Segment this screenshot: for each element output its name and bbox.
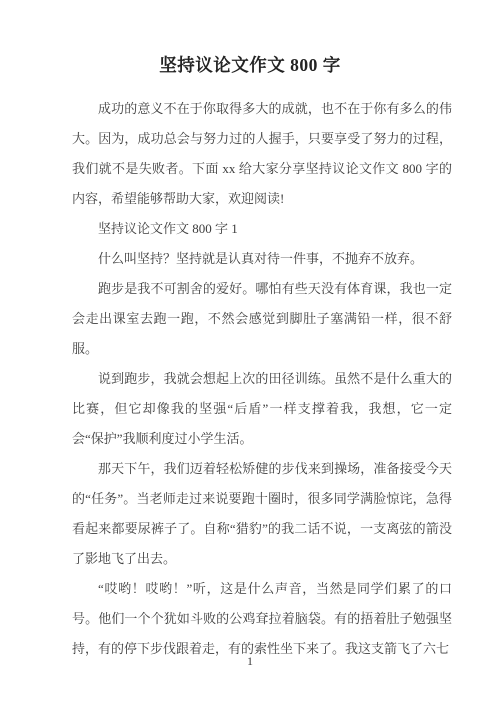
- page-title: 坚持议论文作文 800 字: [0, 0, 500, 78]
- paragraph: 那天下午，我们迈着轻松矫健的步伐来到操场，准备接受今天的“任务”。当老师走过来说…: [72, 454, 452, 574]
- paragraph: 跑步是我不可割舍的爱好。哪怕有些天没有体育课，我也一定会走出课室去跑一跑，不然会…: [72, 274, 452, 364]
- document-page: 坚持议论文作文 800 字 成功的意义不在于你取得多大的成就，也不在于你有多么的…: [0, 0, 500, 707]
- paragraph: 说到跑步，我就会想起上次的田径训练。虽然不是什么重大的比赛，但它却像我的坚强“后…: [72, 364, 452, 454]
- paragraph: 成功的意义不在于你取得多大的成就，也不在于你有多么的伟大。因为，成功总会与努力过…: [72, 94, 452, 214]
- page-number: 1: [0, 654, 500, 669]
- paragraph: “哎哟！哎哟！”听，这是什么声音，当然是同学们累了的口号。他们一个个犹如斗败的公…: [72, 574, 452, 664]
- paragraph: 坚持议论文作文 800 字 1: [72, 214, 452, 244]
- paragraph-container: 成功的意义不在于你取得多大的成就，也不在于你有多么的伟大。因为，成功总会与努力过…: [0, 78, 500, 664]
- paragraph: 什么叫坚持？坚持就是认真对待一件事，不抛弃不放弃。: [72, 244, 452, 274]
